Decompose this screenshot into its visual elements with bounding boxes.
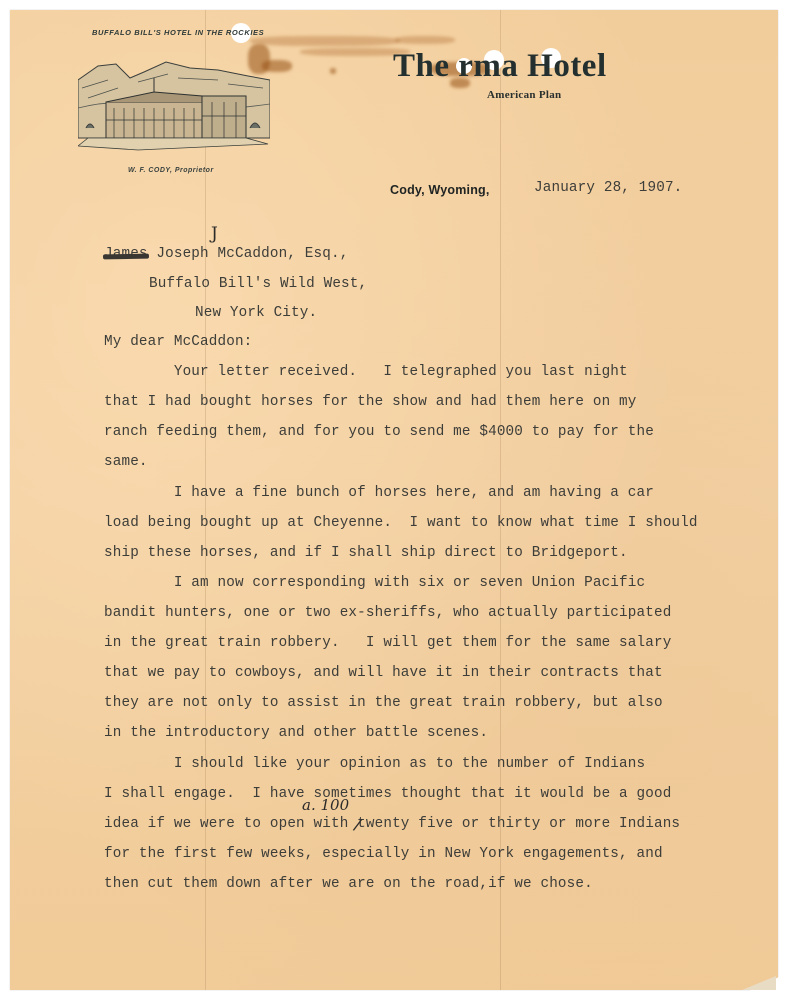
body-line: in the introductory and other battle sce…	[104, 725, 488, 741]
body-line: I am now corresponding with six or seven…	[104, 575, 645, 591]
body-line: that we pay to cowboys, and will have it…	[104, 665, 663, 681]
body-line: that I had bought horses for the show an…	[104, 394, 637, 410]
body-line: same.	[104, 454, 148, 470]
hotel-engraving-illustration	[78, 58, 270, 156]
recipient-last-name: McCaddon, Esq.,	[218, 246, 349, 262]
address-line-3: New York City.	[195, 305, 317, 321]
letterhead-tagline: BUFFALO BILL'S HOTEL IN THE ROCKIES	[92, 28, 264, 37]
handwritten-annotation: a. 100	[302, 796, 349, 814]
struck-out-name: James	[104, 246, 148, 262]
body-line: I have a fine bunch of horses here, and …	[104, 485, 654, 501]
body-line: then cut them down after we are on the r…	[104, 876, 593, 892]
body-line: bandit hunters, one or two ex-sheriffs, …	[104, 605, 671, 621]
hotel-plan-subtitle: American Plan	[487, 89, 561, 101]
body-line: for the first few weeks, especially in N…	[104, 846, 663, 862]
handwritten-initial: J	[211, 224, 218, 244]
body-line: ship these horses, and if I shall ship d…	[104, 545, 628, 561]
letter-date: January 28, 1907.	[534, 180, 682, 196]
recipient-first-name: Joseph	[156, 246, 208, 262]
body-line: I should like your opinion as to the num…	[104, 756, 645, 772]
folded-corner	[742, 976, 776, 990]
body-line: they are not only to assist in the great…	[104, 695, 663, 711]
body-line: idea if we were to open with twenty five…	[104, 816, 680, 832]
dateline-place: Cody, Wyoming,	[390, 183, 490, 197]
body-line: Your letter received. I telegraphed you …	[104, 364, 628, 380]
hotel-name-heading: The rma Hotel	[393, 48, 607, 85]
address-line-2: Buffalo Bill's Wild West,	[149, 276, 367, 292]
body-line: I shall engage. I have sometimes thought…	[104, 786, 671, 802]
salutation: My dear McCaddon:	[104, 334, 252, 350]
address-line-1: James Joseph McCaddon, Esq.,	[104, 246, 348, 262]
body-line: in the great train robbery. I will get t…	[104, 635, 671, 651]
body-line: ranch feeding them, and for you to send …	[104, 424, 654, 440]
proprietor-line: W. F. CODY, Proprietor	[128, 167, 214, 174]
body-line: load being bought up at Cheyenne. I want…	[104, 515, 698, 531]
